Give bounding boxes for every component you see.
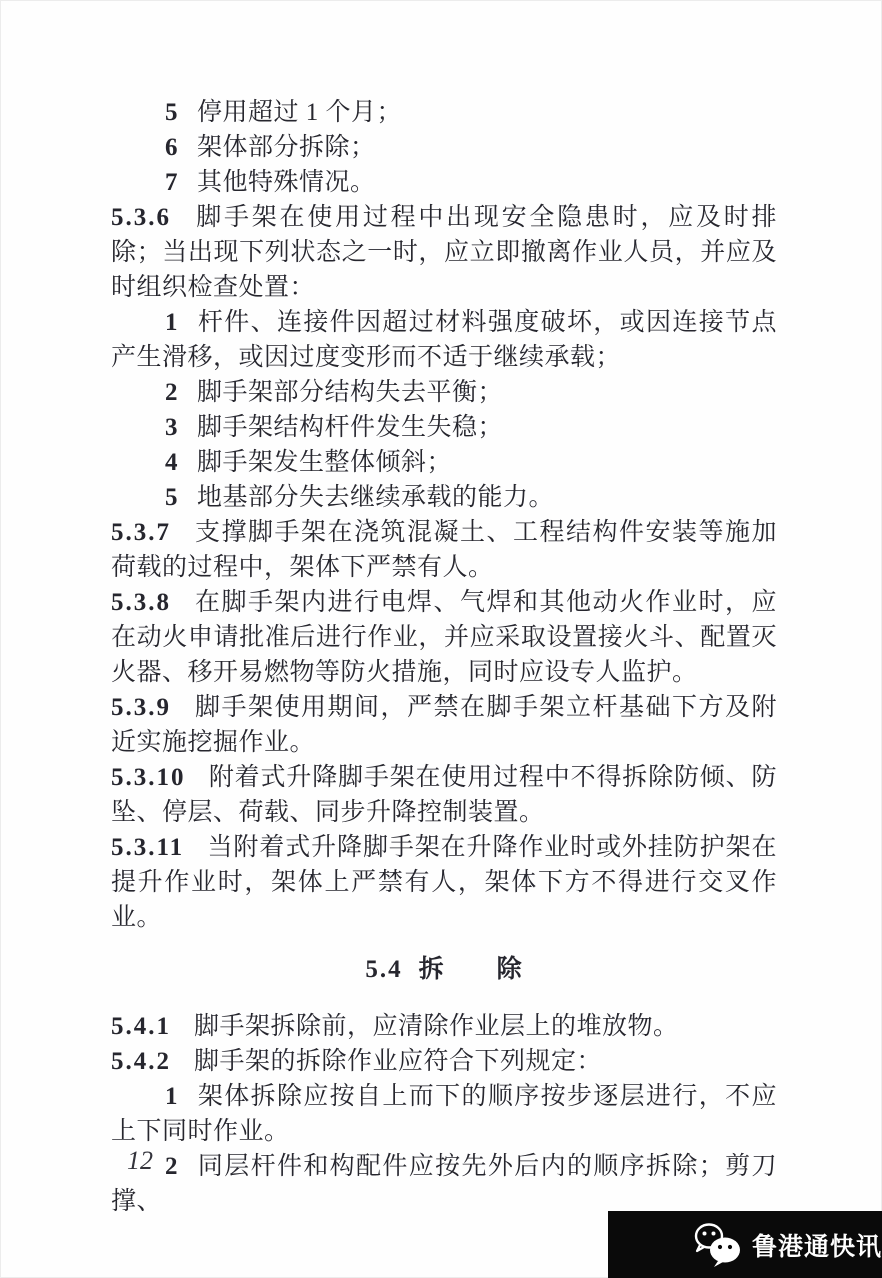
item-number: 2	[165, 1153, 178, 1180]
list-item: 6架体部分拆除；	[111, 130, 777, 165]
clause-number: 5.4.2	[111, 1048, 171, 1075]
item-text: 同层杆件和构配件应按先外后内的顺序拆除；剪刀撑、	[111, 1153, 777, 1215]
document-body: 5停用超过 1 个月； 6架体部分拆除； 7其他特殊情况。 5.3.6脚手架在使…	[111, 95, 777, 1219]
clause-paragraph: 5.3.7支撑脚手架在浇筑混凝土、工程结构件安装等施加荷载的过程中，架体下严禁有…	[111, 515, 777, 585]
item-number: 1	[165, 309, 178, 336]
clause-number: 5.3.7	[111, 519, 171, 546]
clause-text: 支撑脚手架在浇筑混凝土、工程结构件安装等施加荷载的过程中，架体下严禁有人。	[111, 519, 777, 581]
list-item: 1杆件、连接件因超过材料强度破坏，或因连接节点产生滑移，或因过度变形而不适于继续…	[111, 305, 777, 375]
clause-number: 5.3.11	[111, 834, 184, 861]
watermark-text: 鲁港通快讯	[752, 1227, 882, 1263]
list-item: 5地基部分失去继续承载的能力。	[111, 480, 777, 515]
clause-number: 5.4.1	[111, 1013, 171, 1040]
item-number: 2	[165, 379, 178, 406]
item-number: 4	[165, 449, 178, 476]
list-item: 2脚手架部分结构失去平衡；	[111, 375, 777, 410]
list-item: 3脚手架结构杆件发生失稳；	[111, 410, 777, 445]
clause-paragraph: 5.3.9脚手架使用期间，严禁在脚手架立杆基础下方及附近实施挖掘作业。	[111, 690, 777, 760]
item-text: 架体拆除应按自上而下的顺序按步逐层进行，不应上下同时作业。	[111, 1083, 777, 1145]
item-number: 5	[165, 99, 178, 126]
clause-paragraph: 5.4.2脚手架的拆除作业应符合下列规定：	[111, 1044, 777, 1079]
clause-text: 在脚手架内进行电焊、气焊和其他动火作业时，应在动火申请批准后进行作业，并应采取设…	[111, 589, 777, 686]
list-item: 5停用超过 1 个月；	[111, 95, 777, 130]
item-number: 5	[165, 484, 178, 511]
page-number: 12	[127, 1146, 153, 1176]
section-number: 5.4	[365, 956, 402, 983]
item-number: 3	[165, 414, 178, 441]
item-text: 杆件、连接件因超过材料强度破坏，或因连接节点产生滑移，或因过度变形而不适于继续承…	[111, 309, 777, 371]
item-text: 脚手架发生整体倾斜；	[197, 449, 452, 476]
watermark-bar: 鲁港通快讯	[608, 1211, 882, 1278]
item-text: 架体部分拆除；	[197, 134, 376, 161]
clause-text: 脚手架拆除前，应清除作业层上的堆放物。	[194, 1013, 679, 1040]
item-number: 6	[165, 134, 178, 161]
clause-text: 脚手架在使用过程中出现安全隐患时，应及时排除；当出现下列状态之一时，应立即撤离作…	[111, 204, 777, 301]
clause-text: 附着式升降脚手架在使用过程中不得拆除防倾、防坠、停层、荷载、同步升降控制装置。	[111, 764, 777, 826]
item-text: 其他特殊情况。	[197, 169, 376, 196]
clause-paragraph: 5.3.8在脚手架内进行电焊、气焊和其他动火作业时，应在动火申请批准后进行作业，…	[111, 585, 777, 690]
list-item: 1架体拆除应按自上而下的顺序按步逐层进行，不应上下同时作业。	[111, 1079, 777, 1149]
clause-text: 当附着式升降脚手架在升降作业时或外挂防护架在提升作业时，架体上严禁有人，架体下方…	[111, 834, 777, 931]
clause-paragraph: 5.3.6脚手架在使用过程中出现安全隐患时，应及时排除；当出现下列状态之一时，应…	[111, 200, 777, 305]
section-title: 拆 除	[419, 956, 523, 983]
document-page: 5停用超过 1 个月； 6架体部分拆除； 7其他特殊情况。 5.3.6脚手架在使…	[0, 0, 882, 1278]
clause-number: 5.3.10	[111, 764, 186, 791]
clause-paragraph: 5.3.11当附着式升降脚手架在升降作业时或外挂防护架在提升作业时，架体上严禁有…	[111, 830, 777, 935]
clause-number: 5.3.6	[111, 204, 171, 231]
clause-text: 脚手架的拆除作业应符合下列规定：	[194, 1048, 602, 1075]
list-item: 7其他特殊情况。	[111, 165, 777, 200]
item-number: 1	[165, 1083, 178, 1110]
list-item: 4脚手架发生整体倾斜；	[111, 445, 777, 480]
clause-number: 5.3.8	[111, 589, 171, 616]
clause-paragraph: 5.4.1脚手架拆除前，应清除作业层上的堆放物。	[111, 1009, 777, 1044]
chat-bubbles-icon	[692, 1222, 744, 1268]
item-number: 7	[165, 169, 178, 196]
item-text: 停用超过 1 个月；	[197, 99, 402, 126]
list-item: 2同层杆件和构配件应按先外后内的顺序拆除；剪刀撑、	[111, 1149, 777, 1219]
item-text: 脚手架部分结构失去平衡；	[197, 379, 503, 406]
clause-number: 5.3.9	[111, 694, 171, 721]
item-text: 脚手架结构杆件发生失稳；	[197, 414, 503, 441]
clause-paragraph: 5.3.10附着式升降脚手架在使用过程中不得拆除防倾、防坠、停层、荷载、同步升降…	[111, 760, 777, 830]
section-heading: 5.4拆 除	[111, 952, 777, 987]
item-text: 地基部分失去继续承载的能力。	[197, 484, 554, 511]
clause-text: 脚手架使用期间，严禁在脚手架立杆基础下方及附近实施挖掘作业。	[111, 694, 777, 756]
